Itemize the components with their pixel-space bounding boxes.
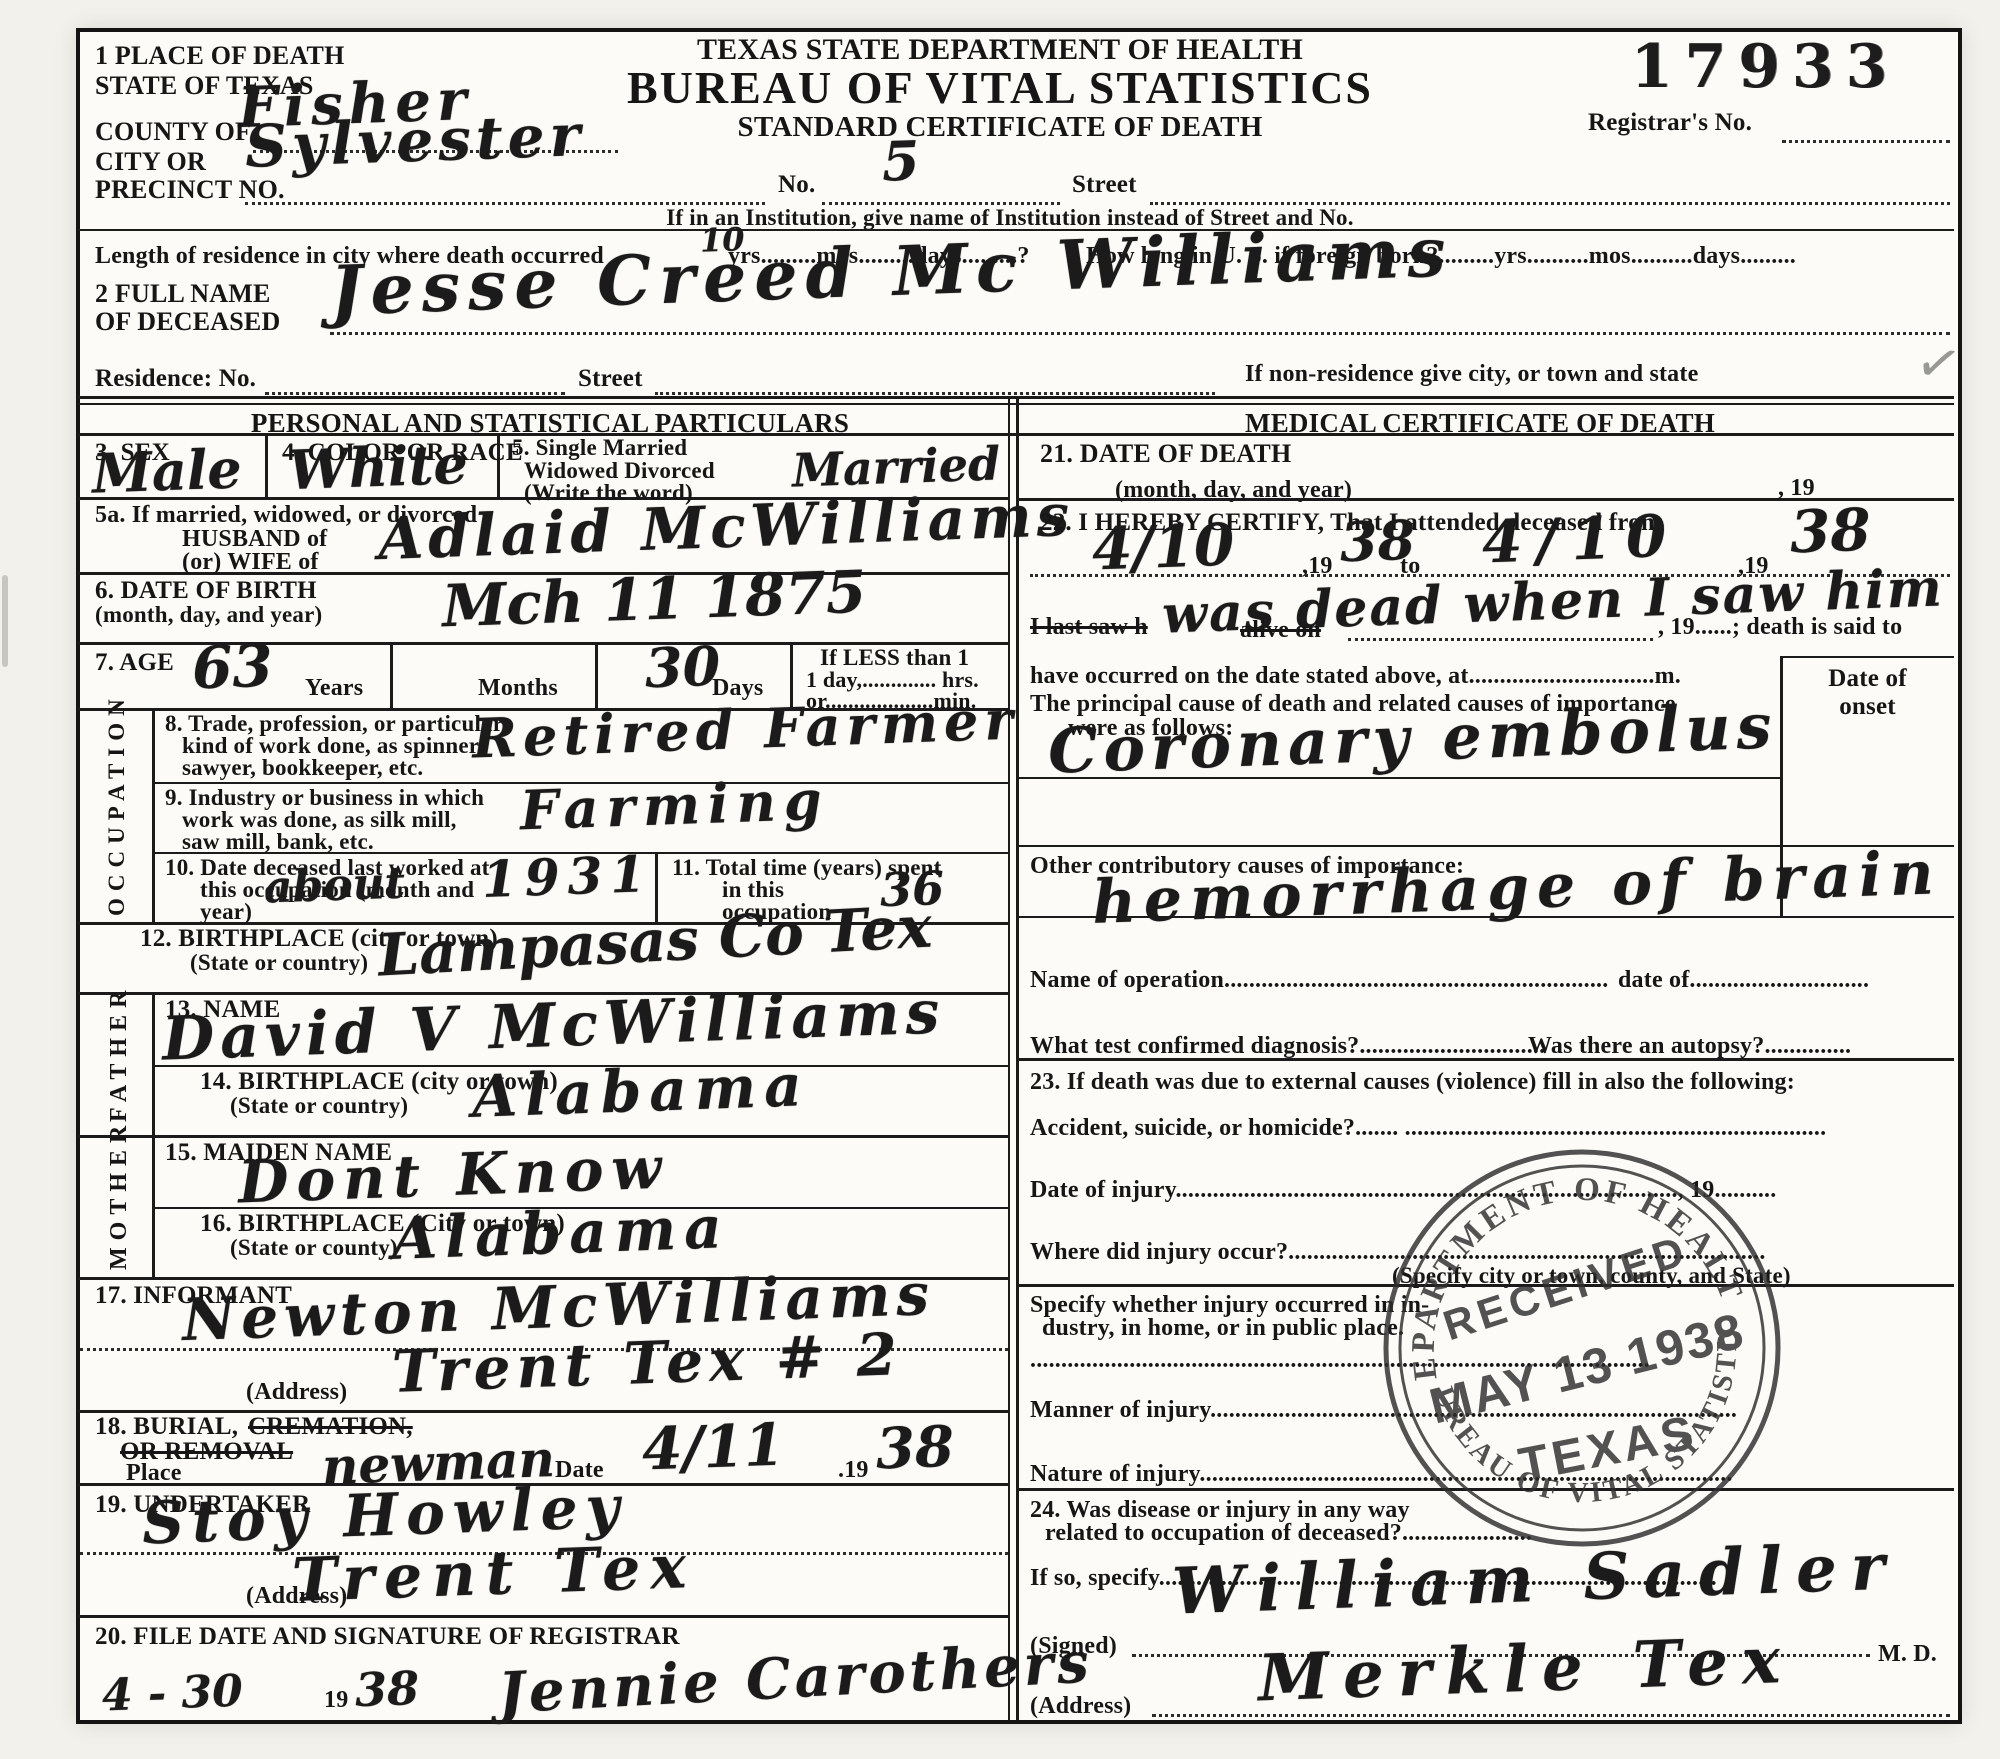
date-of-death-label: 21. DATE OF DEATH [1040,440,1291,467]
cell-divider [497,433,500,497]
address-label: (Address) [1030,1694,1131,1719]
undertaker-address-value: Trent Tex [291,1537,697,1611]
certificate-number: 17933 [1620,36,1910,99]
lastsaw-label-struck: I last saw h [1030,615,1148,640]
aliveon-label-struck: alive on [1240,618,1321,643]
attended-from-value: 4/10 [1091,516,1235,579]
test-label: What test confirmed diagnosis?..........… [1030,1034,1545,1059]
bureau-title: BUREAU OF VITAL STATISTICS [560,64,1440,112]
onset-label-2: onset [1785,694,1950,720]
cell-divider [265,433,268,497]
place-of-death-label: 1 PLACE OF DEATH [95,42,345,69]
age-label: 7. AGE [95,650,174,676]
father-bp-label-2: (State or country) [230,1094,408,1118]
autopsy-label: Was there an autopsy?.............. [1528,1034,1851,1059]
md-label: M. D. [1878,1642,1937,1667]
fullname-write-line [330,332,1950,335]
fullname-label-1: 2 FULL NAME [95,280,271,307]
registrar-no-label: Registrar's No. [1588,110,1752,136]
onset-box-top [1780,656,1954,658]
residence-no-line [265,392,565,395]
column-divider [1008,396,1010,1720]
operation-label: Name of operation.......................… [1030,968,1608,993]
occupation-group-label: OCCUPATION [104,714,130,916]
place-label: Place [126,1461,182,1486]
death-certificate-scan: 1 PLACE OF DEATH STATE OF TEXAS Fisher C… [0,0,2000,1759]
attended-to-year: 38 [1789,501,1872,562]
burial-year-value: 38 [875,1419,955,1478]
mother-bp-label-2: (State or county) [230,1236,398,1260]
rule [1019,777,1780,779]
birthplace-label-2: (State or country) [190,951,368,975]
industry-label-3: saw mill, bank, etc. [182,830,374,854]
years-label: Years [305,676,363,701]
rule [1019,916,1954,918]
city-label-1: CITY OR [95,148,206,175]
burial-label: 18. BURIAL, [95,1414,238,1440]
external-causes-label: 23. If death was due to external causes … [1030,1070,1795,1095]
rule [1019,1058,1954,1061]
lastwork-value-b: 1931 [481,849,654,905]
address-write-line [1152,1714,1950,1717]
nonresidence-note: If non-residence give city, or town and … [1245,362,1698,387]
scan-smudge [2,575,8,667]
residence-street-label: Street [578,366,643,392]
operation-date-label: date of............................. [1618,968,1869,993]
dob-label-2: (month, day, and year) [95,603,322,627]
mother-group-label: MOTHER [106,1146,133,1270]
informant-address-value: Trent Tex # 2 [391,1325,904,1401]
trade-label-3: sawyer, bookkeeper, etc. [182,756,423,780]
cell-divider [390,642,393,708]
marital-label-1: 5. Single Married [512,436,687,460]
sex-value: Male [91,441,242,500]
group-divider [152,992,155,1135]
lastwork-value-a: about [263,862,405,911]
occurred-label: have occurred on the date stated above, … [1030,664,1681,689]
city-label-2: PRECINCT NO. [95,176,285,203]
dob-value: Mch 11 1875 [441,563,867,636]
fullname-label-2: OF DECEASED [95,308,280,335]
county-label: COUNTY OF [95,118,251,145]
race-value: White [287,437,468,497]
cell-divider [595,642,598,708]
file-date-value: 4 - 30 [101,1670,243,1719]
signed-label: (Signed) [1030,1634,1117,1659]
street-label: Street [1072,172,1137,198]
months-label: Months [478,676,558,701]
attended-to-value: 4/10 [1481,507,1681,572]
dept-title: TEXAS STATE DEPARTMENT OF HEALTH [600,34,1400,66]
burial-date-value: 4/11 [641,1416,785,1479]
lastsaw-write-line [1348,638,1653,641]
registrar-no-line [1782,140,1950,143]
age-days-value: 30 [644,639,721,696]
spouse-label-3: (or) WIFE of [182,550,319,575]
mother-bp-value: Alabama [391,1198,731,1268]
rule [78,1615,1010,1618]
specify-injury-label-2: dustry, in home, or in public place. [1042,1316,1404,1341]
standard-title: STANDARD CERTIFICATE OF DEATH [600,112,1400,142]
age-years-value: 63 [191,637,274,698]
father-bp-value: Alabama [471,1056,811,1126]
lastwork-label-3: year) [200,900,252,924]
registrar-row-label: 20. FILE DATE AND SIGNATURE OF REGISTRAR [95,1624,680,1650]
burial-year-prefix: .19 [838,1458,869,1483]
file-year-prefix: 19 [324,1688,348,1713]
no-label: No. [778,172,815,198]
city-value: Sylvester [244,106,586,176]
group-divider [152,1135,155,1277]
file-year-value: 38 [354,1665,420,1713]
residence-no-label: Residence: No. [95,366,256,392]
father-group-label: FATHER [106,1006,133,1122]
physician-address-value: Merkle Tex [1257,1629,1795,1712]
lastsaw-tail: , 19......; death is said to [1658,615,1902,640]
industry-value: Farming [519,773,830,838]
informant-address-label: (Address) [246,1380,347,1405]
precinct-no-value: 5 [881,133,920,188]
group-divider [152,708,155,922]
onset-label-1: Date of [1785,666,1950,692]
residence-street-line [655,392,1215,395]
dob-label-1: 6. DATE OF BIRTH [95,578,317,604]
